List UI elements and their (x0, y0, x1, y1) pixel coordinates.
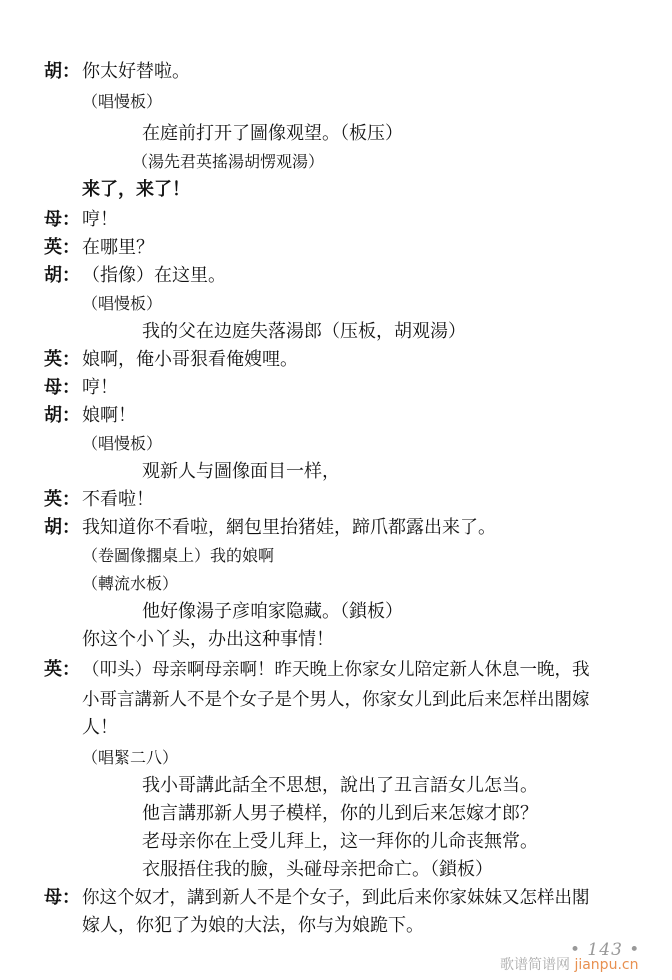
dialogue-text: 哼！ (82, 206, 118, 234)
lyric-text: 老母亲你在上受儿拜上，这一拜你的儿命丧無常。 (142, 828, 538, 856)
lyric-text: 他好像湯子彦咱家隐藏。（鎖板） (142, 598, 403, 626)
direction-text: （唱緊二八） (82, 744, 178, 772)
lyric-text: 我小哥講此話全不思想，說出了丑言語女儿怎当。 (142, 772, 538, 800)
dialogue-text: （叩头）母亲啊母亲啊！昨天晚上你家女儿陪定新人休息一晚，我 (82, 656, 590, 684)
speaker-label: 母： (44, 374, 80, 402)
dialogue-text: 在哪里？ (82, 234, 154, 262)
direction-text: （湯先君英搖湯胡愣观湯） (132, 148, 324, 176)
direction-text: （唱慢板） (82, 88, 162, 116)
speaker-label: 母： (44, 206, 80, 234)
speaker-label: 英： (44, 656, 80, 684)
dialogue-text: 来了，来了！ (82, 176, 190, 204)
speaker-label: 胡： (44, 58, 80, 86)
lyric-text: 他言講那新人男子模样，你的儿到后来怎嫁才郎？ (142, 800, 538, 828)
speaker-label: 胡： (44, 402, 80, 430)
dialogue-text: （指像）在这里。 (82, 262, 226, 290)
dialogue-text: 你这个奴才，講到新人不是个女子，到此后来你家妹妹又怎样出閣 (82, 884, 590, 912)
speaker-label: 英： (44, 234, 80, 262)
dialogue-text: 我知道你不看啦，網包里抬猪娃，蹄爪都露出来了。 (82, 514, 496, 542)
dialogue-text: 不看啦！ (82, 486, 154, 514)
dialogue-text: 娘啊！ (82, 402, 136, 430)
speaker-label: 母： (44, 884, 80, 912)
dialogue-text: 嫁人，你犯了为娘的大法，你与为娘跪下。 (82, 912, 424, 940)
speaker-label: 英： (44, 346, 80, 374)
direction-text: （卷圖像擱桌上）我的娘啊 (82, 542, 274, 570)
dialogue-text: 娘啊，俺小哥狠看俺嫂哩。 (82, 346, 298, 374)
dialogue-text: 你这个小丫头，办出这种事情！ (82, 626, 334, 654)
direction-text: （唱慢板） (82, 290, 162, 318)
lyric-text: 衣服捂住我的臉，头碰母亲把命亡。（鎖板） (142, 856, 493, 884)
speaker-label: 胡： (44, 262, 80, 290)
direction-text: （唱慢板） (82, 430, 162, 458)
dialogue-text: 哼！ (82, 374, 118, 402)
direction-text: （轉流水板） (82, 570, 178, 598)
dialogue-text: 你太好替啦。 (82, 58, 190, 86)
lyric-text: 我的父在边庭失落湯郎（压板，胡观湯） (142, 318, 466, 346)
watermark-cn: 歌谱简谱网 (500, 957, 570, 973)
lyric-text: 在庭前打开了圖像观望。（板压） (142, 120, 403, 148)
lyric-text: 观新人与圖像面目一样， (142, 458, 340, 486)
speaker-label: 胡： (44, 514, 80, 542)
watermark: 歌谱简谱网 jianpu.cn (500, 954, 638, 974)
page-footer: • 143 • 歌谱简谱网 jianpu.cn (500, 940, 672, 980)
dialogue-text: 人！ (82, 714, 118, 742)
speaker-label: 英： (44, 486, 80, 514)
watermark-en: jianpu.cn (574, 957, 638, 973)
dialogue-text: 小哥言講新人不是个女子是个男人，你家女儿到此后来怎样出閣嫁 (82, 686, 590, 714)
